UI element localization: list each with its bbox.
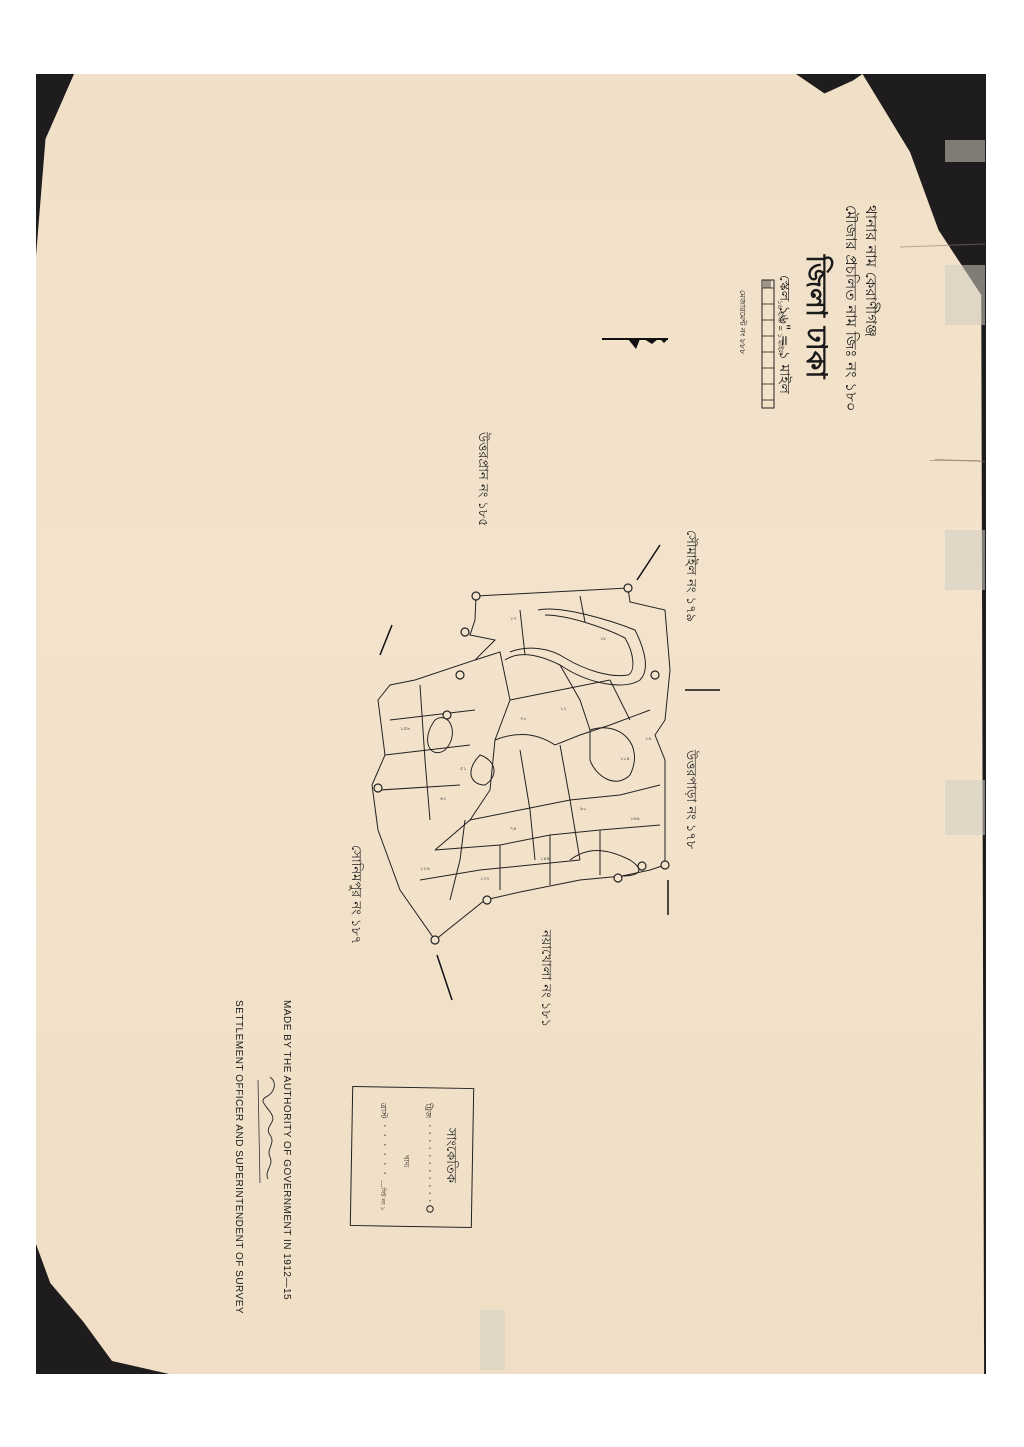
legend-row3-dotted-line: [381, 1125, 391, 1185]
legend-row3-label: ত্রাস্ট: [376, 1103, 389, 1118]
legend-row1-label: ট্রিজ: [421, 1103, 434, 1118]
svg-text:৩০: ৩০: [520, 716, 527, 722]
settlement-officer-title: SETTLEMENT OFFICER AND SUPERINTENDENT OF…: [233, 1000, 244, 1314]
svg-text:১৪৪: ১৪৪: [540, 856, 550, 862]
svg-text:১৬৯: ১৬৯: [630, 816, 640, 822]
cadastral-plot-map: ১৮১২৩০ ৫১৬২৭৪ ৯০১০৪১২৬ ১৩২১৪৪১৫৬ ১৬৯১৭১৯: [360, 560, 680, 960]
svg-text:৬২: ৬২: [440, 796, 447, 802]
legend-row2-label: খাদ্য: [400, 1155, 412, 1167]
svg-text:১৭: ১৭: [510, 616, 517, 622]
legend-row1-dotted-line: [426, 1125, 436, 1215]
svg-text:১৫৬: ১৫৬: [400, 726, 410, 732]
svg-text:১০৪: ১০৪: [620, 756, 630, 762]
svg-text:৭৪: ৭৪: [510, 826, 517, 832]
svg-text:১৮: ১৮: [600, 636, 607, 642]
signature: [250, 1075, 285, 1185]
svg-text:১৯: ১৯: [645, 736, 652, 742]
svg-text:১২৬: ১২৬: [420, 866, 430, 872]
svg-text:৯০: ৯০: [580, 806, 587, 812]
legend-row3-suffix: ....সিট নং ১: [377, 1180, 388, 1210]
svg-text:১২: ১২: [560, 706, 567, 712]
svg-text:৫১: ৫১: [460, 766, 467, 772]
legend-title: সাংকেতিক: [439, 1128, 460, 1183]
svg-text:১৩২: ১৩২: [480, 876, 490, 882]
